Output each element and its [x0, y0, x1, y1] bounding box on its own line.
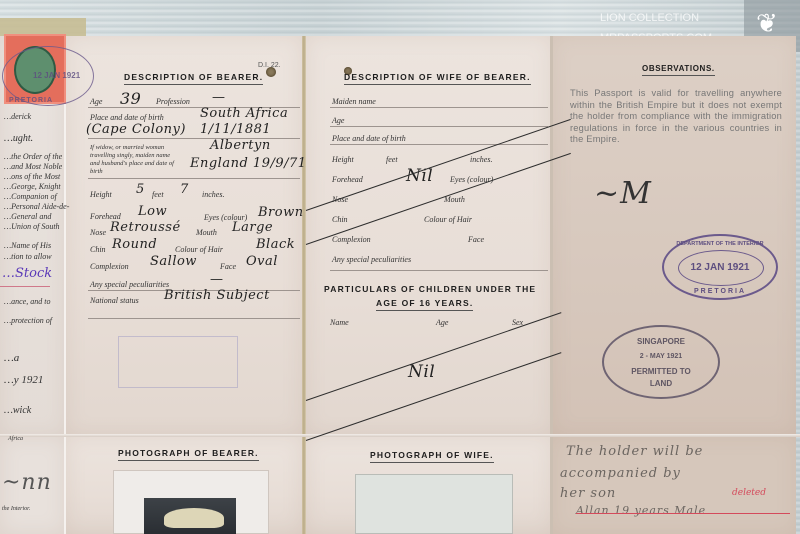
wife-peculiarities-label: Any special peculiarities [332, 255, 411, 264]
left-text: the Interior. [2, 506, 30, 512]
complexion-value: Sallow [150, 254, 197, 269]
stamp-text: LAND [604, 379, 718, 388]
children-col-age: Age [436, 318, 448, 327]
wife-forehead-label: Forehead [332, 175, 363, 184]
purple-signature: …Stock [2, 266, 52, 281]
photo-wife-heading: PHOTOGRAPH OF WIFE. [370, 450, 494, 463]
stamp-date: 2 - MAY 1921 [604, 353, 718, 360]
left-text: …Companion of [4, 192, 57, 201]
rule [330, 107, 548, 108]
pencil-note-line: The holder will be [566, 444, 703, 459]
stamp-date: 12 JAN 1921 [664, 262, 776, 273]
national-status-value: British Subject [164, 288, 270, 303]
left-text: …protection of [4, 316, 52, 325]
peculiarities-value: — [210, 272, 224, 287]
wife-height-label: Height [332, 155, 354, 164]
pencil-note-line-deleted: Allan 19 years Male [576, 504, 706, 517]
rule [88, 178, 300, 179]
pencil-note-line: accompanied by [560, 466, 681, 481]
nose-value: Retroussé [110, 220, 181, 235]
wife-maiden-label: Maiden name [332, 97, 376, 106]
children-heading-2: AGE OF 16 YEARS. [376, 298, 473, 311]
peculiarities-label: Any special peculiarities [90, 280, 169, 289]
children-nil-value: Nil [408, 362, 435, 382]
stamp-text: PERMITTED TO [604, 367, 718, 376]
left-text: …the Order of the [4, 152, 62, 161]
strike-through-red [576, 513, 790, 514]
pretoria-cancel-stamp: 12 JAN 1921 PRETORIA [2, 46, 94, 106]
mouth-label: Mouth [196, 228, 217, 237]
bearer-photo [144, 498, 236, 534]
observations-text: This Passport is valid for travelling an… [570, 88, 782, 146]
left-text: …ons of the Most [4, 172, 60, 181]
hair-value: Black [256, 237, 295, 252]
rule [330, 270, 548, 271]
rule [330, 126, 548, 127]
fold-line [550, 36, 553, 534]
left-text: …and Most Noble [4, 162, 62, 171]
face-label: Face [220, 262, 236, 271]
photo-bearer-heading: PHOTOGRAPH OF BEARER. [118, 448, 259, 461]
face-value: Oval [246, 254, 278, 269]
wife-complexion-label: Complexion [332, 235, 371, 244]
height-feet-value: 5 [136, 182, 145, 197]
fold-line [64, 36, 66, 534]
wife-age-label: Age [332, 116, 344, 125]
wife-inches-label: inches. [470, 155, 492, 164]
rule [330, 144, 548, 145]
nose-label: Nose [90, 228, 106, 237]
birth-label: Place and date of birth [90, 113, 164, 122]
punch-hole [266, 67, 276, 77]
complexion-label: Complexion [90, 262, 129, 271]
height-inches-value: 7 [180, 182, 189, 197]
stamp-place: PRETORIA [664, 288, 776, 295]
rule [88, 318, 300, 319]
chin-value: Round [112, 237, 157, 252]
left-text: …derick [4, 112, 31, 121]
fold-line [0, 434, 800, 437]
stamp-place: SINGAPORE [604, 337, 718, 346]
faded-stamp [118, 336, 238, 388]
profession-value: — [212, 90, 226, 105]
left-text: …ance, and to [4, 297, 50, 306]
eyes-value: Brown [258, 205, 304, 220]
birth-date-value: 1/11/1881 [200, 122, 271, 137]
signature-scrawl: ~nn [2, 470, 52, 495]
birth-place-value: South Africa [200, 106, 288, 121]
hair-label: Colour of Hair [175, 245, 223, 254]
wife-heading: DESCRIPTION OF WIFE OF BEARER. [344, 72, 531, 85]
deleted-note: deleted [732, 488, 766, 498]
wife-nil-value: Nil [406, 166, 433, 186]
left-text: …George, Knight [4, 182, 61, 191]
children-col-name: Name [330, 318, 349, 327]
left-text: …y 1921 [4, 374, 43, 386]
left-text: …wick [4, 405, 31, 416]
forehead-value: Low [138, 204, 167, 219]
age-label: Age [90, 97, 102, 106]
official-signature: ~M [594, 176, 652, 211]
stamp-dept: DEPARTMENT OF THE INTERIOR [664, 241, 776, 247]
observations-heading: OBSERVATIONS. [642, 64, 715, 76]
husband-birth-value: England 19/9/71 [190, 156, 307, 171]
wife-face-label: Face [468, 235, 484, 244]
inches-label: inches. [202, 190, 224, 199]
bearer-heading: DESCRIPTION OF BEARER. [124, 72, 263, 85]
left-text: …a [4, 352, 19, 364]
left-text: Africa [8, 436, 23, 442]
height-label: Height [90, 190, 112, 199]
left-text: …General and [4, 212, 51, 221]
wife-feet-label: feet [386, 155, 398, 164]
widow-note-label: If widow, or married woman travelling si… [90, 144, 180, 176]
mouth-value: Large [232, 220, 273, 235]
pencil-note-line: her son [560, 486, 616, 501]
wife-hair-label: Colour of Hair [424, 215, 472, 224]
cancel-place: PRETORIA [9, 97, 53, 104]
husband-name-value: Albertyn [210, 138, 271, 153]
fold-line [302, 36, 306, 534]
left-text: …Personal Aide-de- [4, 202, 69, 211]
wife-birth-label: Place and date of birth [332, 134, 406, 143]
wife-photo-slot [355, 474, 513, 534]
profession-label: Profession [156, 97, 190, 106]
cancel-date: 12 JAN 1921 [33, 71, 80, 80]
pretoria-stamp: DEPARTMENT OF THE INTERIOR 12 JAN 1921 P… [662, 234, 778, 300]
left-text: …Union of South [4, 222, 60, 231]
left-text: …ught. [4, 133, 33, 144]
watermark-line-1: LION COLLECTION [600, 12, 699, 24]
left-text: …Name of His [4, 241, 51, 250]
national-status-label: National status [90, 296, 139, 305]
birth-region-value: (Cape Colony) [86, 122, 186, 137]
wife-chin-label: Chin [332, 215, 348, 224]
chin-label: Chin [90, 245, 106, 254]
children-heading-1: PARTICULARS OF CHILDREN UNDER THE [324, 284, 536, 294]
feet-label: feet [152, 190, 164, 199]
underline [0, 286, 50, 287]
left-text: …tion to allow [4, 252, 52, 261]
age-value: 39 [120, 89, 141, 108]
singapore-stamp: SINGAPORE 2 - MAY 1921 PERMITTED TO LAND [602, 325, 720, 399]
